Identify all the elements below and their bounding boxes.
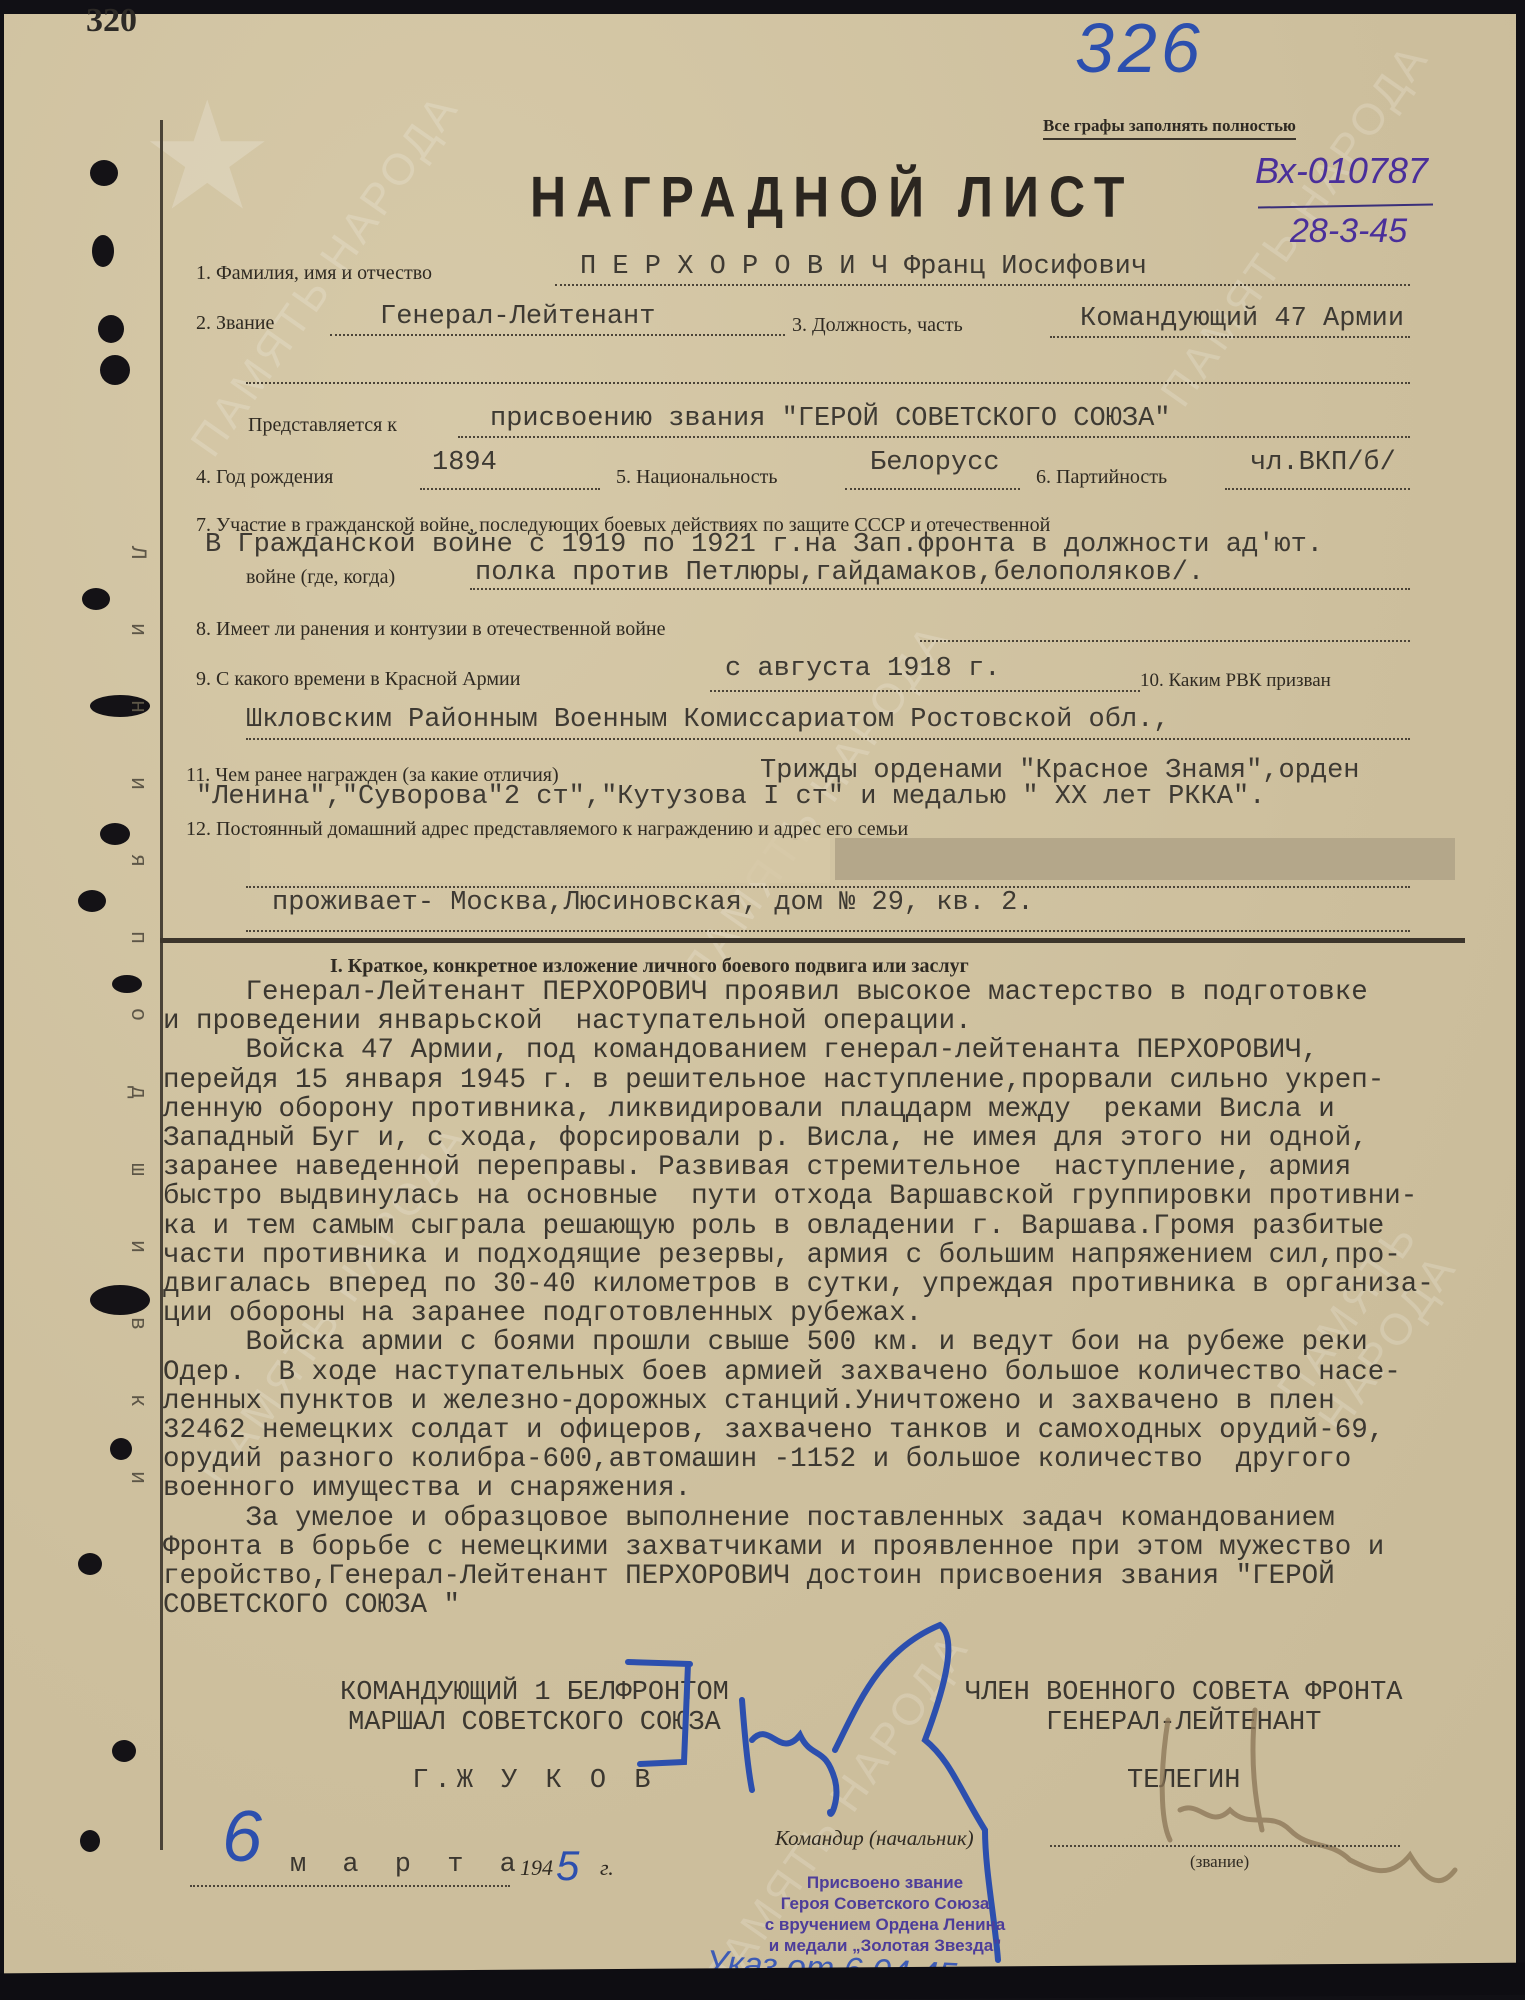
- punch-hole: [78, 890, 106, 912]
- punch-hole: [78, 1553, 102, 1575]
- section-title: I. Краткое, конкретное изложение личного…: [330, 955, 969, 978]
- narrative-line: ленных пунктов и железно-дорожных станци…: [163, 1387, 1493, 1416]
- date-line: [190, 1885, 510, 1887]
- narrative-line: ции обороны на заранее подготовленных ру…: [163, 1299, 1493, 1328]
- narrative-line: военного имущества и снаряжения.: [163, 1474, 1493, 1503]
- commander-label: Командир (начальник): [775, 1826, 974, 1851]
- field-2-value: Генерал-Лейтенант: [380, 302, 655, 332]
- field-3-value: Командующий 47 Армии: [1080, 304, 1404, 334]
- margin-letter: я: [125, 854, 150, 867]
- narrative-line: двигалась вперед по 30-40 километров в с…: [163, 1270, 1493, 1299]
- punch-hole: [98, 315, 124, 343]
- narrative-line: ка и тем самым сыграла решающую роль в о…: [163, 1212, 1493, 1241]
- margin-letter: и: [125, 1471, 150, 1484]
- fill-instruction: Все графы заполнять полностью: [1043, 116, 1296, 140]
- field-8-line: [920, 640, 1410, 642]
- signature-block-commander: КОМАНДУЮЩИЙ 1 БЕЛФРОНТОМ МАРШАЛ СОВЕТСКО…: [340, 1678, 729, 1796]
- narrative-line: перейдя 15 января 1945 г. в решительное …: [163, 1066, 1493, 1095]
- presented-label: Представляется к: [248, 414, 397, 437]
- binding-line-label: Л и н и я п о д ш и в к и: [118, 540, 158, 1490]
- field-3-label: 3. Должность, часть: [792, 314, 963, 337]
- award-conferred-stamp: Присвоено звание Героя Советского Союза …: [755, 1872, 1015, 1956]
- narrative-line: Одер. В ходе наступательных боев армией …: [163, 1358, 1493, 1387]
- redacted-area: [250, 838, 830, 883]
- registration-number: Вх-010787: [1255, 150, 1428, 192]
- field-5-label: 5. Национальность: [616, 466, 778, 489]
- registration-date: 28-3-45: [1290, 212, 1407, 251]
- field-4-line: [420, 488, 600, 490]
- margin-letter: д: [125, 1085, 150, 1098]
- stamp-line: Присвоено звание: [755, 1872, 1015, 1893]
- field-6-label: 6. Партийность: [1036, 466, 1167, 489]
- signer-title: ЧЛЕН ВОЕННОГО СОВЕТА ФРОНТА: [965, 1678, 1402, 1708]
- date-year-suffix: г.: [600, 1855, 614, 1881]
- date-year-prefix: 194: [520, 1855, 553, 1881]
- archive-sheet-number: 320: [86, 2, 137, 40]
- field-7-label-line2: войне (где, когда): [246, 566, 395, 589]
- field-9-value: с августа 1918 г.: [725, 654, 1000, 684]
- narrative-line: геройство,Генерал-Лейтенант ПЕРХОРОВИЧ д…: [163, 1562, 1493, 1591]
- margin-letter: Л: [125, 546, 150, 559]
- margin-letter: о: [125, 1008, 150, 1021]
- punch-hole: [90, 160, 118, 186]
- field-5-value: Белорусс: [870, 448, 1000, 478]
- narrative-line: Фронта в борьбе с немецкими захватчиками…: [163, 1533, 1493, 1562]
- stamp-line: с вручением Ордена Ленина: [755, 1914, 1015, 1935]
- signer-rank: МАРШАЛ СОВЕТСКОГО СОЮЗА: [340, 1708, 729, 1738]
- document-title: НАГРАДНОЙ ЛИСТ: [530, 164, 1134, 231]
- field-11-value-line2: "Ленина","Суворова"2 ст","Кутузова I ст"…: [196, 782, 1265, 812]
- commander-line: [1050, 1845, 1400, 1847]
- margin-letter: ш: [125, 1163, 150, 1176]
- narrative-line: За умелое и образцовое выполнение постав…: [163, 1504, 1493, 1533]
- field-6-value: чл.ВКП/б/: [1250, 448, 1396, 478]
- narrative-line: Генерал-Лейтенант ПЕРХОРОВИЧ проявил выс…: [163, 978, 1493, 1007]
- margin-letter: п: [125, 931, 150, 944]
- signer-name: Г.Ж У К О В: [340, 1766, 729, 1796]
- margin-letter: и: [125, 623, 150, 636]
- punch-hole: [100, 355, 130, 385]
- signer-title: КОМАНДУЮЩИЙ 1 БЕЛФРОНТОМ: [340, 1678, 729, 1708]
- narrative-line: быстро выдвинулась на основные пути отхо…: [163, 1182, 1493, 1211]
- margin-letter: в: [125, 1317, 150, 1330]
- field-7-line: [470, 588, 1410, 590]
- date-year-digit: 5: [556, 1842, 579, 1890]
- narrative-line: Западный Буг и, с хода, форсировали р. В…: [163, 1124, 1493, 1153]
- field-12-line-2: [246, 930, 1410, 932]
- field-3-continuation-line: [246, 382, 1410, 384]
- narrative-line: СОВЕТСКОГО СОЮЗА ": [163, 1591, 1493, 1620]
- narrative-line: ленную оборону противника, ликвидировали…: [163, 1095, 1493, 1124]
- signer-name: ТЕЛЕГИН: [965, 1766, 1402, 1796]
- punch-hole: [92, 235, 114, 267]
- narrative-line: Войска 47 Армии, под командованием генер…: [163, 1036, 1493, 1065]
- field-2-line: [330, 334, 785, 336]
- field-10-value: Шкловским Районным Военным Комиссариатом…: [246, 705, 1170, 735]
- field-7-value-line1: В Гражданской войне с 1919 по 1921 г.на …: [205, 530, 1323, 560]
- field-12-value: проживает- Москва,Люсиновская, дом № 29,…: [272, 888, 1034, 918]
- redacted-area: [835, 838, 1455, 880]
- signature-block-council-member: ЧЛЕН ВОЕННОГО СОВЕТА ФРОНТА ГЕНЕРАЛ-ЛЕЙТ…: [965, 1678, 1402, 1796]
- section-divider: [160, 938, 1465, 943]
- archive-handwritten-number: 326: [1075, 8, 1204, 88]
- punch-hole: [112, 1740, 136, 1762]
- narrative-line: 32462 немецких солдат и офицеров, захвач…: [163, 1416, 1493, 1445]
- punch-hole: [82, 588, 110, 610]
- presented-value: присвоению звания "ГЕРОЙ СОВЕТСКОГО СОЮЗ…: [490, 404, 1171, 434]
- field-5-line: [845, 488, 1020, 490]
- presented-line: [458, 436, 1410, 438]
- field-4-value: 1894: [432, 448, 497, 478]
- margin-letter: и: [125, 1240, 150, 1253]
- narrative-text: Генерал-Лейтенант ПЕРХОРОВИЧ проявил выс…: [163, 978, 1493, 1620]
- stamp-line: Героя Советского Союза: [755, 1893, 1015, 1914]
- narrative-line: и проведении январьской наступательной о…: [163, 1007, 1493, 1036]
- field-1-value: П Е Р Х О Р О В И Ч Франц Иосифович: [580, 252, 1147, 282]
- field-2-label: 2. Звание: [196, 312, 274, 335]
- field-4-label: 4. Год рождения: [196, 466, 333, 489]
- narrative-line: Войска армии с боями прошли свыше 500 км…: [163, 1328, 1493, 1357]
- field-10-label: 10. Каким РВК призван: [1140, 670, 1331, 692]
- field-9-label: 9. С какого времени в Красной Армии: [196, 668, 520, 691]
- narrative-line: заранее наведенной переправы. Развивая с…: [163, 1153, 1493, 1182]
- field-1-line: [555, 284, 1410, 286]
- field-6-line: [1225, 488, 1410, 490]
- punch-hole: [80, 1830, 100, 1852]
- signer-rank: ГЕНЕРАЛ-ЛЕЙТЕНАНТ: [965, 1708, 1402, 1738]
- field-8-label: 8. Имеет ли ранения и контузии в отечест…: [196, 618, 665, 641]
- narrative-line: части противника и подходящие резервы, а…: [163, 1241, 1493, 1270]
- field-9-line: [710, 690, 1140, 692]
- field-7-value-line2: полка против Петлюры,гайдамаков,белополя…: [475, 558, 1204, 588]
- date-month: м а р т а: [290, 1850, 526, 1880]
- field-1-label: 1. Фамилия, имя и отчество: [196, 262, 432, 285]
- field-10-line: [246, 738, 1410, 740]
- field-3-line: [1050, 336, 1410, 338]
- rank-label: (звание): [1190, 1852, 1249, 1872]
- margin-letter: к: [125, 1394, 150, 1407]
- margin-letter: н: [125, 700, 150, 713]
- narrative-line: орудий разного колибра-600,автомашин -11…: [163, 1445, 1493, 1474]
- date-day: 6: [222, 1796, 262, 1878]
- margin-letter: и: [125, 777, 150, 790]
